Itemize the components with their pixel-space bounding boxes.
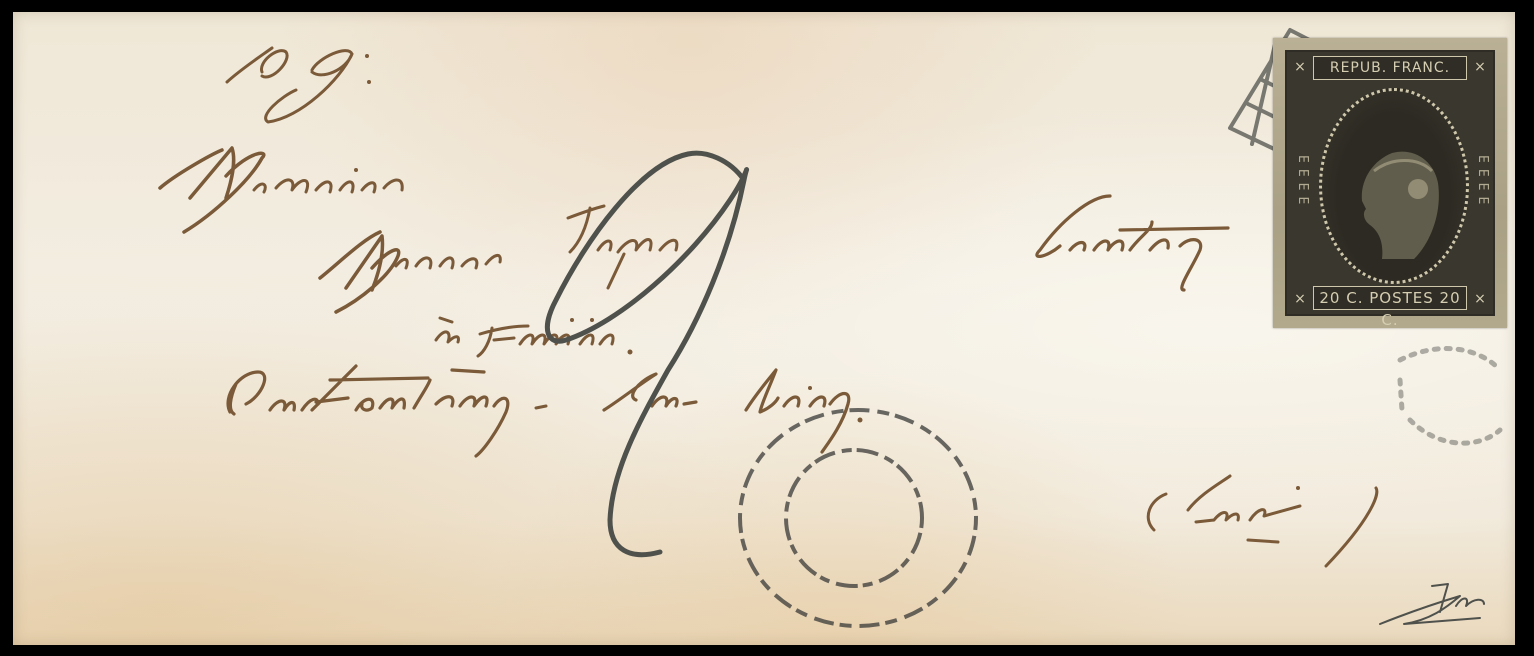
partial-postmark: [1400, 349, 1500, 444]
postmark: [740, 410, 976, 626]
stamp-side-ornament: ЕЕЕЕ: [1290, 82, 1310, 284]
postage-stamp: REPUB. FRANC. × × × × ЕЕЕЕ ЕЕЕЕ 20 C. PO…: [1273, 38, 1507, 328]
stamp-corner-icon: ×: [1289, 56, 1311, 78]
stamp-corner-icon: ×: [1469, 288, 1491, 310]
expert-signature: [1380, 584, 1484, 624]
ceres-portrait-icon: [1319, 88, 1469, 284]
stamp-frame: REPUB. FRANC. × × × × ЕЕЕЕ ЕЕЕЕ 20 C. PO…: [1285, 50, 1495, 316]
stamp-side-ornament: ЕЕЕЕ: [1470, 82, 1490, 284]
weight-note: [227, 48, 371, 122]
department: [1148, 476, 1377, 566]
address-line-3: [228, 366, 862, 456]
stamp-corner-icon: ×: [1469, 56, 1491, 78]
stamp-bottom-legend: 20 C. POSTES 20 C.: [1313, 286, 1467, 310]
stamp-top-legend: REPUB. FRANC.: [1313, 56, 1467, 80]
address-line-1: [320, 196, 1228, 312]
stamp-corner-icon: ×: [1289, 288, 1311, 310]
salutation: [160, 148, 402, 232]
